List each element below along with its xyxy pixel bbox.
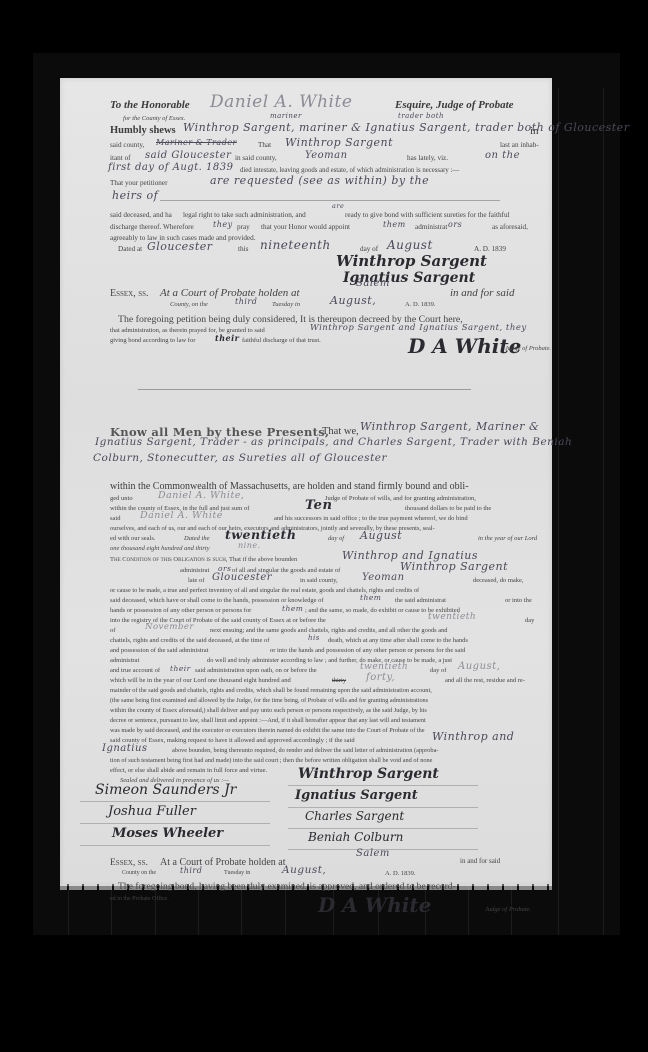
pray: pray xyxy=(237,223,250,231)
bond-their: their xyxy=(170,664,191,673)
was-made: was made by said deceased, and the execu… xyxy=(110,727,425,734)
thirty-struck: thirty xyxy=(332,677,346,684)
court-month: August, xyxy=(330,294,376,307)
date-of-death-b: first day of Augt. 1839 xyxy=(108,162,234,173)
that-admin: that administration, as therein prayed f… xyxy=(110,327,265,334)
said-word: said xyxy=(110,515,120,522)
are-inserted: are xyxy=(332,202,344,210)
deceased-do-make: deceased, do make, xyxy=(473,577,524,584)
hands-line: hands or possession of any other person … xyxy=(110,607,251,614)
heirs-line: heirs of xyxy=(112,189,158,202)
struck-text: Mariner & Trader xyxy=(156,138,237,147)
ignatius: Ignatius xyxy=(102,743,148,754)
ed-with-seals: ed with our seals. xyxy=(110,535,156,542)
one-thousand: one thousand eight hundred and thirty xyxy=(110,545,210,552)
above-bounden: above bounden, being thereunto required,… xyxy=(172,747,438,754)
county-line: for the County of Essex. xyxy=(123,115,185,122)
witness-3: Moses Wheeler xyxy=(112,826,223,841)
day-word: day xyxy=(525,617,534,624)
of-word: of xyxy=(110,627,115,634)
obligor-2: Ignatius Sargent xyxy=(295,788,418,803)
judge-title: Judge of Probate. xyxy=(505,345,551,352)
approval-tuesday: Tuesday in xyxy=(224,870,250,876)
bond-sum: Ten xyxy=(305,498,332,513)
chattels: chattels, rights and credits of the said… xyxy=(110,637,269,644)
approval-essex-ss: Essex, ss. xyxy=(110,858,148,868)
bond-occupation: Yeoman xyxy=(362,572,405,583)
into-registry: into the registry of the Court of Probat… xyxy=(110,617,326,624)
approval-ordinal: third xyxy=(180,866,202,875)
obligors-line-3: Colburn, Stonecutter, as Sureties all of… xyxy=(93,452,387,464)
county-on-the: County, on the xyxy=(170,301,208,308)
dated-month: August xyxy=(387,238,433,252)
approval-court: At a Court of Probate holden at xyxy=(160,857,286,868)
honor-line: that your Honor would appoint xyxy=(261,223,350,231)
same-being: (the same being first examined and allow… xyxy=(110,697,428,704)
rest-residue: and all the rest, residue and re- xyxy=(445,677,525,684)
court-of-probate: At a Court of Probate holden at xyxy=(160,287,300,299)
late-of: late of xyxy=(188,577,204,584)
dated-place: Gloucester xyxy=(147,240,213,253)
last-inhab: last an inhab- xyxy=(500,141,539,149)
has-lately: has lately, viz. xyxy=(407,154,448,162)
said-deceased: said deceased, which have or shall come … xyxy=(110,597,324,604)
legal-right-a: said deceased, and ha xyxy=(110,211,172,219)
day-of-2: day of xyxy=(430,667,446,674)
administrat-2: administrat xyxy=(110,657,139,664)
next-ensuing: next ensuing; and the same goods and cha… xyxy=(210,627,447,634)
bond-them-2: them xyxy=(282,604,303,613)
said-admin-oath: said administration upon oath, on or bef… xyxy=(195,667,317,674)
tion-line: tion of such testament being first had a… xyxy=(110,757,432,764)
which-will-be: which will be in the year of our Lord on… xyxy=(110,677,291,684)
or-into-hands: or into the hands and possession of any … xyxy=(270,647,465,654)
in-said-county-bond: in said county, xyxy=(300,577,338,584)
estate-of: Winthrop Sargent xyxy=(400,560,508,573)
faithful-discharge: faithful discharge of that trust. xyxy=(242,337,321,344)
addressee-suffix: Esquire, Judge of Probate xyxy=(395,99,514,111)
dated-the: Dated the xyxy=(184,535,209,542)
account-month: August, xyxy=(458,661,500,672)
administrat: administrat xyxy=(415,223,447,231)
signature-winthrop: Winthrop Sargent xyxy=(336,252,487,270)
they: they xyxy=(213,220,233,229)
his: his xyxy=(308,634,320,642)
obligors-line-2: Ignatius Sargent, Trader - as principals… xyxy=(95,436,572,448)
administrators-of: administrat xyxy=(180,567,209,574)
true-account: and true account of xyxy=(110,667,160,674)
ordinal: third xyxy=(235,297,257,306)
death-line: death, which at any time after shall com… xyxy=(328,637,468,644)
their: their xyxy=(215,333,239,343)
this-word: this xyxy=(238,245,248,253)
giving-bond: giving bond according to law for xyxy=(110,337,195,344)
within-county-essex: within the county of Essex aforesaid,) s… xyxy=(110,707,427,714)
account-day: twentieth xyxy=(360,662,408,672)
addressee-prefix: To the Honorable xyxy=(110,99,190,111)
dated-day: nineteenth xyxy=(260,238,331,252)
foregoing-bond: The foregoing bond, having been duly exa… xyxy=(118,881,456,892)
approval-county-on: County on the xyxy=(122,870,156,876)
humbly-shews: Humbly shews xyxy=(110,125,176,136)
obligor-4: Beniah Colburn xyxy=(308,830,403,844)
approval-place: Salem xyxy=(356,848,390,859)
said-county: said county, xyxy=(110,141,144,149)
approval-ad: A. D. 1839. xyxy=(385,870,416,877)
inventory-month: November xyxy=(145,622,194,632)
occupation: Yeoman xyxy=(305,150,348,161)
bond-day: twentieth xyxy=(225,527,296,542)
itant-of: itant of xyxy=(110,154,131,162)
approval-in-and-for: in and for said xyxy=(460,857,500,865)
approval-judge-title: Judge of Probate. xyxy=(485,906,531,913)
judge-name: Daniel A. White xyxy=(210,92,352,112)
late-place: Gloucester xyxy=(212,572,272,583)
obligee: Daniel A. White, xyxy=(158,490,244,501)
or-into: or into the xyxy=(505,597,532,604)
bond-month: August xyxy=(360,529,402,542)
that-if: That if the above bounden xyxy=(229,556,297,563)
decree-sentence: decree or sentence, pursuant to law, sha… xyxy=(110,717,426,724)
successors: and his successors in said office ; to t… xyxy=(274,515,468,522)
possession: and possession of the said administrat xyxy=(110,647,208,654)
court-place: Salem xyxy=(356,278,390,289)
petitioner-relation: are requested (see as within) by the xyxy=(210,174,429,187)
that-word: That xyxy=(258,141,271,149)
interlined-trader: trader both xyxy=(398,112,444,120)
them: them xyxy=(383,220,406,229)
if-said-names: Winthrop and xyxy=(432,730,514,743)
date-of-death-a: on the xyxy=(485,150,520,161)
thousand-dollars: thousand dollars to be paid to the xyxy=(405,505,491,512)
tuesday-in: Tuesday in xyxy=(272,301,300,308)
condition: The Condition of this Obligation is such… xyxy=(110,556,227,563)
court-ad: A. D. 1839. xyxy=(405,301,436,308)
residence: said Gloucester xyxy=(145,150,231,161)
document-page: To the Honorable Daniel A. White Esquire… xyxy=(60,78,552,886)
year-of-lord: in the year of our Lord xyxy=(478,535,537,542)
obligor-1: Winthrop Sargent xyxy=(298,766,439,782)
account-year: forty, xyxy=(366,672,395,683)
well-truly: do well and truly administer according t… xyxy=(207,657,452,664)
ready-line: ready to give bond with sufficient suret… xyxy=(345,211,510,219)
section-divider xyxy=(138,389,471,390)
grantees: Winthrop Sargent and Ignatius Sargent, t… xyxy=(310,323,527,333)
inventory-day: twentieth xyxy=(428,612,476,622)
the-said-admin: the said administrat xyxy=(395,597,446,604)
bond-them: them xyxy=(360,593,381,602)
that-your-petitioner: That your petitioner xyxy=(110,179,167,187)
mainder: mainder of the said goods and chattels, … xyxy=(110,687,432,694)
witness-1: Simeon Saunders Jr xyxy=(95,782,236,798)
bond-day-of: day of xyxy=(328,535,344,542)
approval-judge-signature: D A White xyxy=(318,893,431,917)
legal-right-b: legal right to take such administration,… xyxy=(183,211,306,219)
year-suffix: nine. xyxy=(238,541,261,550)
obligee-2: Daniel A. White xyxy=(140,510,223,521)
deceased-name: Winthrop Sargent xyxy=(285,136,393,149)
in-word: in xyxy=(530,125,539,137)
died-intestate: died intestate, leaving goods and estate… xyxy=(240,167,459,174)
petitioners: Winthrop Sargent, mariner & Ignatius Sar… xyxy=(183,121,629,134)
witness-2: Joshua Fuller xyxy=(108,804,196,819)
ed-in-probate-office: ed in the Probate Office. xyxy=(110,896,169,902)
blank-rule xyxy=(160,200,500,201)
dated-at: Dated at xyxy=(118,245,142,253)
ged-unto: ged unto xyxy=(110,495,133,502)
discharge: discharge thereof. Wherefore xyxy=(110,223,194,231)
judge-of-probate-wills: Judge of Probate of wills, and for grant… xyxy=(325,495,476,502)
essex-ss: Essex, ss. xyxy=(110,288,149,299)
aforesaid: as aforesaid, xyxy=(492,223,528,231)
interlined-mariner: mariner xyxy=(270,112,302,120)
ors: ors xyxy=(448,220,462,229)
in-and-for: in and for said xyxy=(450,287,514,299)
in-said-county: in said county, xyxy=(235,154,277,162)
effect-line: effect, or else shall abide and remain i… xyxy=(110,767,267,774)
obligor-3: Charles Sargent xyxy=(305,809,404,823)
obligors-line-1: Winthrop Sargent, Mariner & xyxy=(360,420,539,433)
approval-month: August, xyxy=(282,864,326,876)
